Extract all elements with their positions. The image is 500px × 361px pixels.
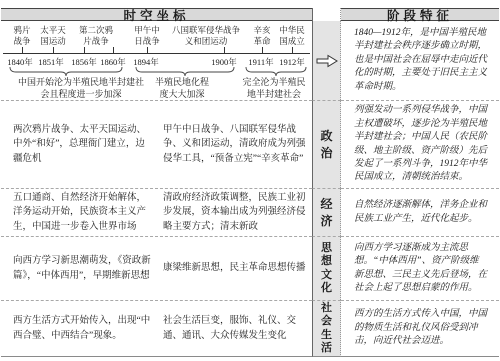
economy-period1: 五口通商、自然经济开始解体，洋务运动开始，民族资本主义产生，中国进一步卷入世界市…	[13, 191, 152, 234]
row-economy-feature-cell: 自然经济逐渐解体，洋务企业和民族工业产生，近代化起步。	[341, 188, 499, 236]
culture-period2: 康梁维新思想，民主革命思想传播	[163, 261, 308, 275]
row-economy-label-cell: 经济	[312, 188, 341, 236]
timeline-tick	[22, 47, 23, 53]
timeline-event: 中华民国成立	[278, 25, 306, 47]
politics-feature: 列强发动一系列侵华战争，中国主权遭破坏，逐步沦为半殖民地半封建社会；中国人民（农…	[354, 104, 488, 185]
timeline-event: 太平天国运动	[39, 25, 67, 47]
row-culture-periods: 向西方学习新思潮萌发，《资政新篇》，“中体西用”，早期维新思想 康梁维新思想，民…	[1, 236, 312, 300]
timeline: 鸦片战争 太平天国运动 第二次鸦片战争 甲午中日战争 八国联军侵华战争义和团运动…	[1, 21, 312, 100]
timeline-tick	[147, 47, 148, 53]
timeline-tick	[262, 47, 263, 53]
timeline-event: 甲午中日战争	[133, 25, 161, 47]
timeline-tick	[53, 47, 54, 53]
economy-period2: 清政府经济政策调整，民族工业初步发展，资本输出成为列强经济侵略主要方式；清末新政	[163, 191, 308, 234]
row-economy-periods: 五口通商、自然经济开始解体，洋务运动开始，民族资本主义产生，中国进一步卷入世界市…	[1, 188, 312, 236]
row-culture-feature-cell: 向西方学习逐渐成为主流思想。“中体西用”、资产阶级维新思想、三民主义先后登场，在…	[341, 236, 499, 300]
timeline-tick	[84, 47, 85, 53]
row-social-periods: 西方生活方式开始传入，出现“中西合璧、中西结合”现象。 社会生活巨变，服饰、礼仪…	[1, 300, 312, 357]
politics-period1: 两次鸦片战争、太平天国运动、中外“和好”，总理衙门建立，边疆危机	[13, 123, 152, 166]
row-social-feature-cell: 西方的生活方式传入中国，中国的物质生活和礼仪风俗受到冲击，向近代社会迈进。	[341, 300, 499, 357]
timeline-tick	[224, 47, 225, 53]
row-social-label-cell: 社会生活	[312, 300, 341, 357]
stage-summary-text: 1840—1912年，是中国半殖民地半封建社会秩序逐步确立时期，也是中国社会在屈…	[354, 27, 488, 94]
category-label-politics: 政治	[320, 128, 333, 160]
category-label-economy: 经济	[320, 196, 333, 228]
timeline-axis	[3, 53, 310, 54]
layout-grid: 时空坐标 阶段特征 鸦片战争 太平天国运动 第二次鸦片战争 甲午中日战争 八国联…	[1, 8, 499, 357]
stage-summary: 1840—1912年，是中国半殖民地半封建社会秩序逐步确立时期，也是中国社会在屈…	[341, 21, 499, 100]
row-politics-periods: 两次鸦片战争、太平天国运动、中外“和好”，总理衙门建立，边疆危机 甲午中日战争、…	[1, 100, 312, 188]
timeline-tick	[113, 47, 114, 53]
timeline-event: 辛亥革命	[253, 25, 272, 47]
social-feature: 西方的生活方式传入中国，中国的物质生活和礼仪风俗受到冲击，向近代社会迈进。	[354, 308, 488, 348]
phase-label: 中国开始沦为半殖民地半封建社会且程度进一步加深	[14, 77, 148, 100]
social-period1: 西方生活方式开始传入，出现“中西合璧、中西结合”现象。	[13, 314, 152, 343]
politics-period2: 甲午中日战争、八国联军侵华战争、义和团运动，清政府成为列强侵华工具，“预备立宪”…	[163, 123, 308, 166]
arrow-cell	[312, 21, 341, 100]
row-culture-label-cell: 思想文化	[312, 236, 341, 300]
culture-feature: 向西方学习逐渐成为主流思想。“中体西用”、资产阶级维新思想、三民主义先后登场，在…	[354, 242, 488, 296]
header-left-title: 时空坐标	[1, 8, 312, 21]
header-gap	[312, 8, 341, 21]
culture-period1: 向西方学习新思潮萌发，《资政新篇》，“中体西用”，早期维新思想	[13, 254, 152, 283]
economy-feature: 自然经济逐渐解体，洋务企业和民族工业产生，近代化起步。	[354, 199, 488, 226]
social-period2: 社会生活巨变，服饰、礼仪、交通、通讯、大众传媒发生变化	[163, 314, 308, 343]
phase-label: 完全沦为半殖民地半封建社会	[241, 77, 307, 100]
timeline-tick	[292, 47, 293, 53]
row-politics-feature-cell: 列强发动一系列侵华战争，中国主权遭破坏，逐步沦为半殖民地半封建社会；中国人民（农…	[341, 100, 499, 188]
phase-label: 半殖民地化程度大大加深	[153, 77, 211, 100]
category-label-social: 社会生活	[321, 302, 333, 355]
timeline-event: 鸦片战争	[13, 25, 32, 47]
right-arrow-icon	[316, 54, 338, 68]
header-right-title: 阶段特征	[341, 8, 499, 21]
row-politics-label-cell: 政治	[312, 100, 341, 188]
history-timeline-infographic: 时空坐标 阶段特征 鸦片战争 太平天国运动 第二次鸦片战争 甲午中日战争 八国联…	[0, 0, 500, 361]
timeline-event: 八国联军侵华战争义和团运动	[171, 25, 241, 47]
timeline-event: 第二次鸦片战争	[78, 25, 115, 47]
category-label-culture: 思想文化	[321, 242, 333, 295]
